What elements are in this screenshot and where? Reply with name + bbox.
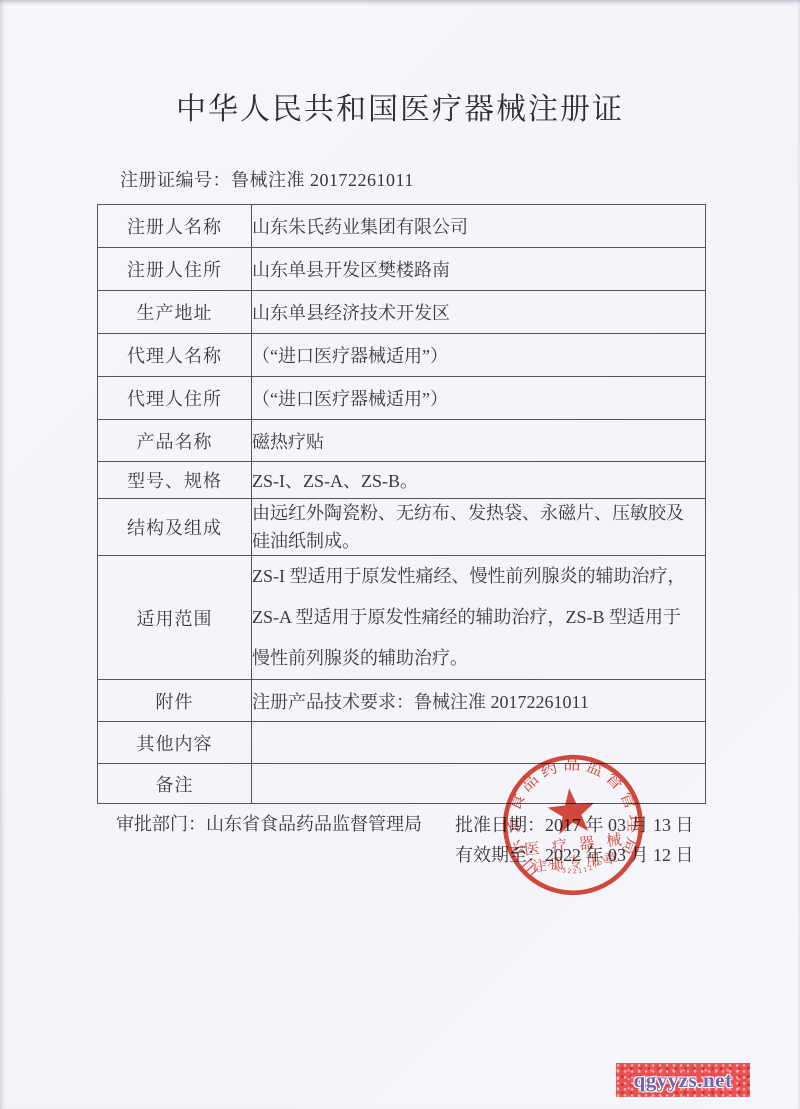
table-row: 注册人住所 山东单县开发区樊楼路南 — [98, 248, 706, 291]
row-value — [252, 764, 706, 804]
approve-date: 批准日期：2017 年 03 月 13 日 — [455, 810, 694, 840]
row-label: 注册人名称 — [98, 205, 252, 248]
row-value: ZS-I 型适用于原发性痛经、慢性前列腺炎的辅助治疗， ZS-A 型适用于原发性… — [252, 556, 706, 680]
row-value: 磁热疗贴 — [252, 420, 706, 462]
row-value: （“进口医疗器械适用”） — [252, 377, 706, 420]
row-label: 代理人住所 — [98, 377, 252, 420]
table-row: 型号、规格 ZS-I、ZS-A、ZS-B。 — [98, 462, 706, 499]
row-label: 其他内容 — [98, 722, 252, 764]
table-row: 代理人名称 （“进口医疗器械适用”） — [98, 334, 706, 377]
row-value: 山东朱氏药业集团有限公司 — [252, 205, 706, 248]
row-label: 适用范围 — [98, 556, 252, 680]
row-value: 山东单县经济技术开发区 — [252, 291, 706, 334]
table-row: 附件 注册产品技术要求：鲁械注准 20172261011 — [98, 680, 706, 722]
approval-department: 审批部门：山东省食品药品监督管理局 — [116, 810, 422, 836]
date-block: 批准日期：2017 年 03 月 13 日 有效期至：2022 年 03 月 1… — [455, 810, 694, 870]
table-row: 备注 — [98, 764, 706, 804]
valid-until-date: 有效期至：2022 年 03 月 12 日 — [455, 840, 694, 870]
table-row: 适用范围 ZS-I 型适用于原发性痛经、慢性前列腺炎的辅助治疗， ZS-A 型适… — [98, 556, 706, 680]
table-row: 代理人住所 （“进口医疗器械适用”） — [98, 377, 706, 420]
table-row: 结构及组成 由远红外陶瓷粉、无纺布、发热袋、永磁片、压敏胶及 硅油纸制成。 — [98, 499, 706, 556]
row-value: 由远红外陶瓷粉、无纺布、发热袋、永磁片、压敏胶及 硅油纸制成。 — [252, 499, 706, 556]
table-row: 其他内容 — [98, 722, 706, 764]
row-label: 型号、规格 — [98, 462, 252, 499]
row-value — [252, 722, 706, 764]
site-watermark: qgyyzs.net — [616, 1063, 750, 1097]
page-title: 中华人民共和国医疗器械注册证 — [0, 84, 800, 128]
table-row: 生产地址 山东单县经济技术开发区 — [98, 291, 706, 334]
row-label: 生产地址 — [98, 291, 252, 334]
row-value: 山东单县开发区樊楼路南 — [252, 248, 706, 291]
row-label: 备注 — [98, 764, 252, 804]
row-value: 注册产品技术要求：鲁械注准 20172261011 — [252, 680, 706, 722]
row-label: 附件 — [98, 680, 252, 722]
row-value: （“进口医疗器械适用”） — [252, 334, 706, 377]
row-label: 代理人名称 — [98, 334, 252, 377]
certificate-page: 中华人民共和国医疗器械注册证 注册证编号：鲁械注准 20172261011 注册… — [0, 0, 800, 1109]
table-row: 产品名称 磁热疗贴 — [98, 420, 706, 462]
certificate-table: 注册人名称 山东朱氏药业集团有限公司 注册人住所 山东单县开发区樊楼路南 生产地… — [97, 204, 706, 804]
row-label: 注册人住所 — [98, 248, 252, 291]
table-row: 注册人名称 山东朱氏药业集团有限公司 — [98, 205, 706, 248]
row-label: 结构及组成 — [98, 499, 252, 556]
watermark-text: qgyyzs.net — [634, 1068, 733, 1093]
registration-number-line: 注册证编号：鲁械注准 20172261011 — [120, 166, 414, 192]
row-value: ZS-I、ZS-A、ZS-B。 — [252, 462, 706, 499]
row-label: 产品名称 — [98, 420, 252, 462]
